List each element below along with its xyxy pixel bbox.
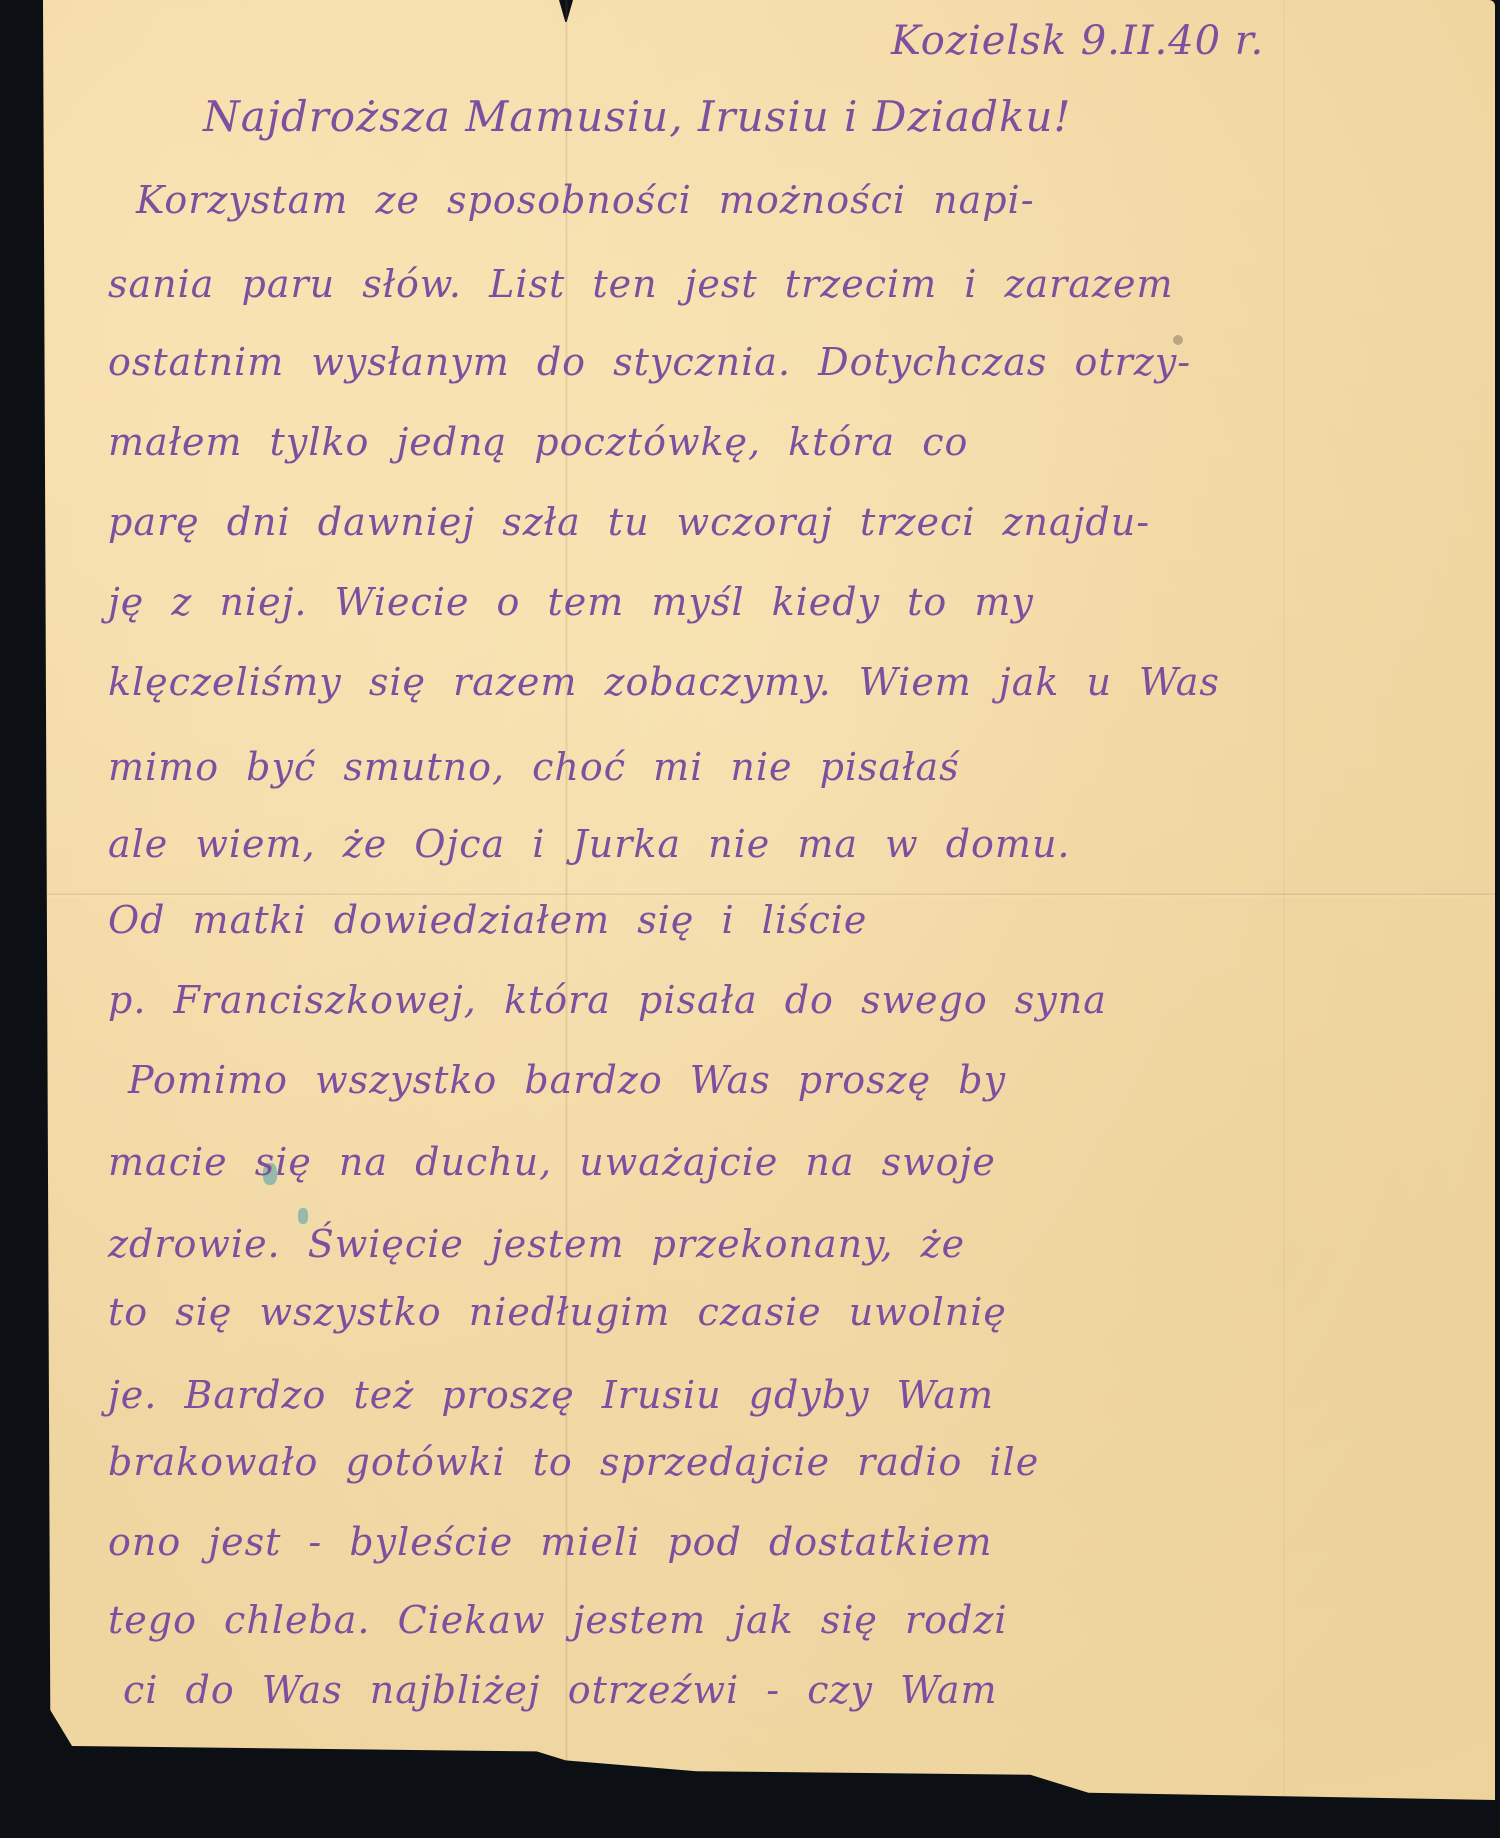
place-and-date: Kozielsk 9.II.40 r.	[891, 18, 1264, 64]
letter-line: tego chleba. Ciekaw jestem jak się rodzi	[108, 1598, 1008, 1642]
letter-line: p. Franciszkowej, która pisała do swego …	[108, 978, 1107, 1022]
letter-line: ono jest - byleście mieli pod dostatkiem	[108, 1520, 993, 1564]
letter-line: ję z niej. Wiecie o tem myśl kiedy to my	[108, 580, 1034, 624]
letter-line: mimo być smutno, choć mi nie pisałaś	[108, 745, 960, 789]
letter-line: Od matki dowiedziałem się i liście	[108, 898, 867, 942]
letter-line: małem tylko jedną pocztówkę, która co	[108, 420, 968, 464]
letter-line: ale wiem, że Ojca i Jurka nie ma w domu.	[108, 822, 1071, 866]
vertical-fold-crease-right	[1283, 0, 1285, 1800]
letter-paper: Kozielsk 9.II.40 r. Najdroższa Mamusiu, …	[43, 0, 1495, 1800]
paper-stain	[483, 1755, 505, 1795]
letter-line: Korzystam ze sposobności możności napi-	[136, 178, 1035, 222]
letter-line: Pomimo wszystko bardzo Was proszę by	[128, 1058, 1006, 1102]
letter-line: klęczeliśmy się razem zobaczymy. Wiem ja…	[108, 660, 1220, 704]
salutation: Najdroższa Mamusiu, Irusiu i Dziadku!	[203, 92, 1071, 141]
horizontal-fold-crease	[43, 893, 1495, 897]
letter-line: zdrowie. Święcie jestem przekonany, że	[108, 1222, 965, 1266]
letter-line: to się wszystko niedługim czasie uwolnię	[108, 1290, 1007, 1334]
letter-line: macie się na duchu, uważajcie na swoje	[108, 1140, 996, 1184]
letter-line: je. Bardzo też proszę Irusiu gdyby Wam	[108, 1373, 994, 1417]
letter-line: parę dni dawniej szła tu wczoraj trzeci …	[108, 500, 1150, 544]
paper-stain	[88, 1750, 116, 1810]
letter-line: sania paru słów. List ten jest trzecim i…	[108, 262, 1174, 306]
letter-line: ostatnim wysłanym do stycznia. Dotychcza…	[108, 340, 1191, 384]
letter-line: brakowało gotówki to sprzedajcie radio i…	[108, 1440, 1039, 1484]
letter-line: ci do Was najbliżej otrzeźwi - czy Wam	[123, 1668, 998, 1712]
